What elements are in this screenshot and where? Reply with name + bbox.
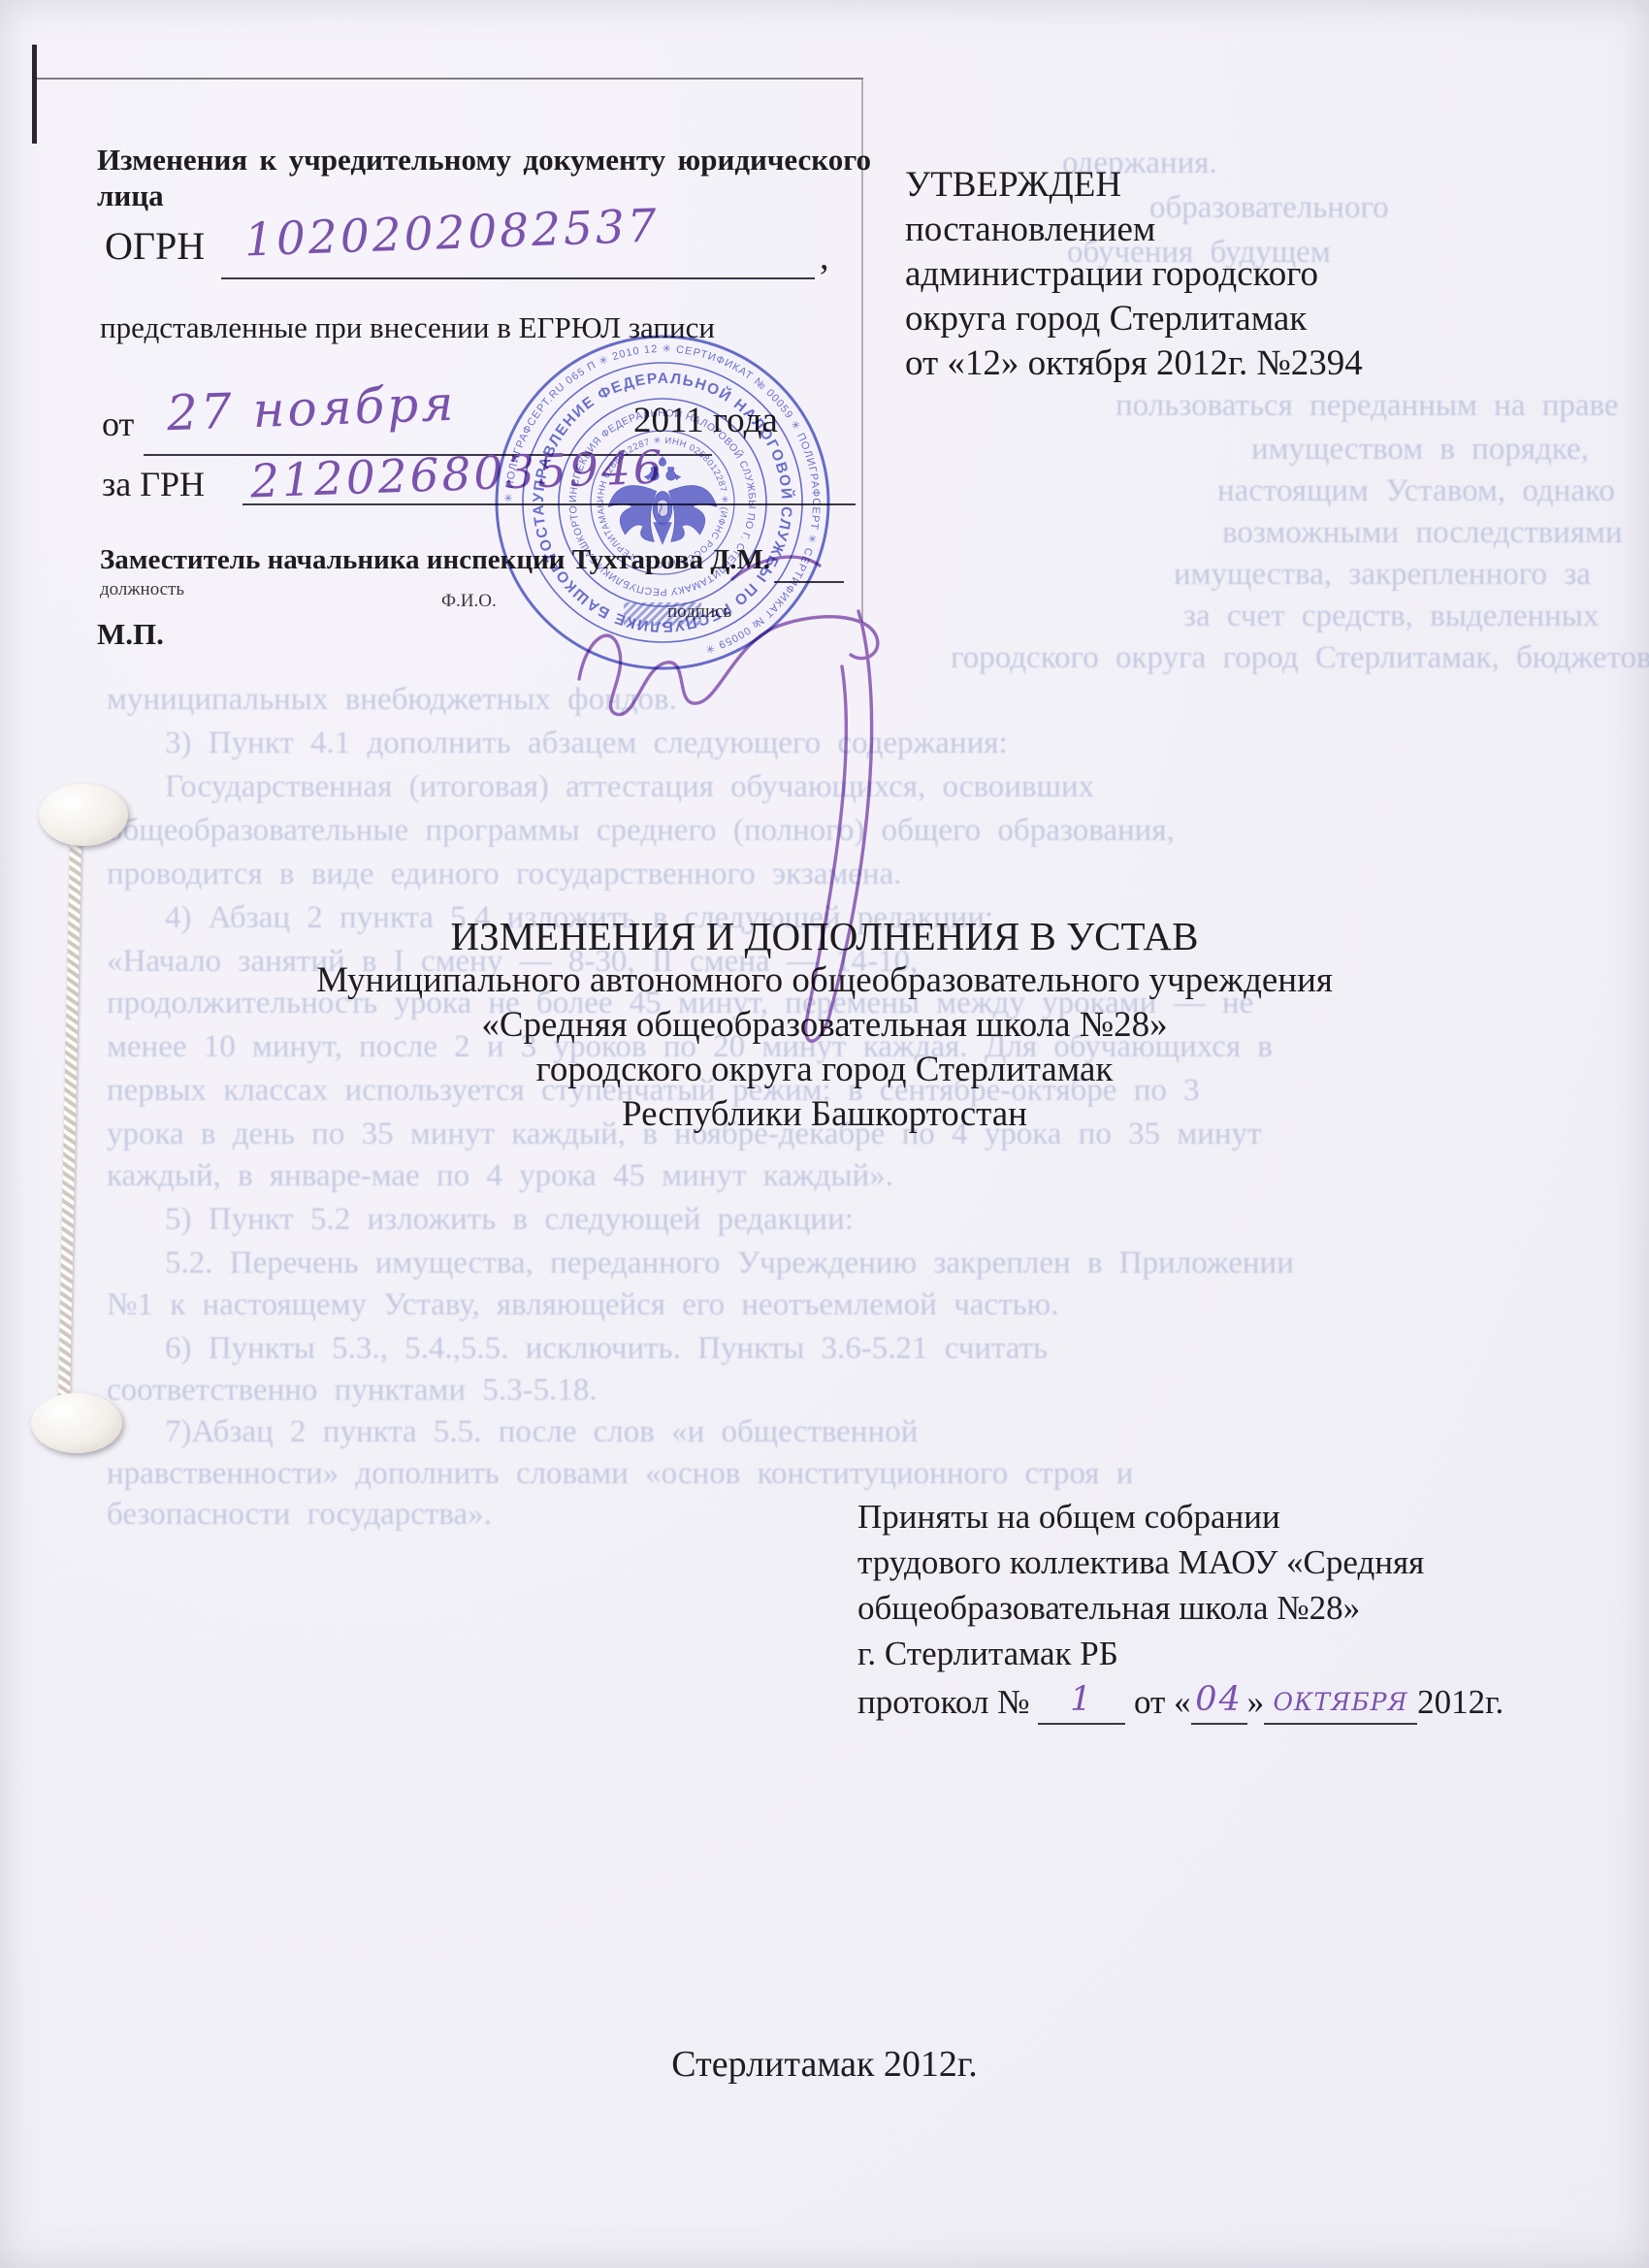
binding-knot-top	[39, 784, 128, 846]
approval-line: постановлением	[905, 208, 1487, 252]
protocol-day-field: 04	[1191, 1676, 1247, 1725]
bleedthrough-text-line: пользоваться переданным на праве	[1115, 388, 1619, 424]
approval-line: от «12» октября 2012г. №2394	[905, 341, 1487, 386]
approval-line: округа город Стерлитамак	[905, 297, 1487, 341]
ogrn-underline	[221, 277, 815, 279]
bleedthrough-text-line: настоящим Уставом, однако	[1217, 473, 1615, 509]
protocol-number-handwritten: 1	[1070, 1680, 1093, 1719]
card-top-border	[32, 78, 863, 80]
adoption-block: Приняты на общем собрании трудового колл…	[857, 1494, 1478, 1725]
title-line: Республики Башкортостан	[242, 1092, 1406, 1137]
bleedthrough-text-line: №1 к настоящему Уставу, являющейся его н…	[107, 1287, 1058, 1323]
bleedthrough-text-line: нравственности» дополнить словами «основ…	[107, 1456, 1133, 1492]
bleedthrough-text-line: городского округа город Стерлитамак, бюд…	[951, 640, 1649, 676]
adoption-line: трудового коллектива МАОУ «Средняя	[857, 1539, 1478, 1585]
adoption-line: Приняты на общем собрании	[857, 1494, 1478, 1539]
bleedthrough-text-line: за счет средств, выделенных	[1183, 599, 1599, 634]
protocol-year: 2012г.	[1417, 1683, 1503, 1721]
approval-line: администрации городского	[905, 252, 1487, 297]
bleedthrough-text-line: 5) Пункт 5.2 изложить в следующей редакц…	[165, 1202, 854, 1238]
card-heading-line1: Изменения к учредительному документу юри…	[97, 142, 871, 178]
bleedthrough-text-line: имуществом в порядке,	[1251, 432, 1589, 468]
bleedthrough-text-line: безопасности государства».	[107, 1497, 492, 1533]
adoption-line: общеобразовательная школа №28»	[857, 1585, 1478, 1631]
ogrn-label: ОГРН	[105, 223, 205, 269]
adoption-line: г. Стерлитамак РБ	[857, 1631, 1478, 1676]
seal-placeholder-mp: М.П.	[97, 617, 164, 652]
protocol-number-field: 1	[1038, 1676, 1125, 1725]
bleedthrough-text-line: 7)Абзац 2 пункта 5.5. после слов «и обще…	[165, 1414, 918, 1450]
approval-block: УТВЕРЖДЕН постановлением администрации г…	[905, 163, 1487, 386]
card-heading: Изменения к учредительному документу юри…	[97, 142, 871, 213]
bleedthrough-text-line: возможными последствиями	[1222, 515, 1623, 551]
scanned-document-page: одержания.образовательногообучения будущ…	[0, 0, 1649, 2268]
binding-knot-bottom	[31, 1393, 122, 1453]
binding-cord	[57, 817, 81, 1420]
bleedthrough-text-line: 6) Пункты 5.3., 5.4.,5.5. исключить. Пун…	[165, 1331, 1048, 1367]
protocol-label: протокол №	[857, 1683, 1029, 1721]
protocol-from-label: от «	[1134, 1683, 1191, 1721]
fio-caption: Ф.И.О.	[441, 591, 497, 612]
date-label: от	[102, 404, 134, 444]
bleedthrough-text-line: 5.2. Перечень имущества, переданного Учр…	[165, 1246, 1294, 1281]
bleedthrough-text-line: каждый, в январе-мае по 4 урока 45 минут…	[107, 1158, 893, 1194]
bleedthrough-text-line: соответственно пунктами 5.3-5.18.	[107, 1373, 598, 1409]
protocol-month-field: октября	[1264, 1676, 1417, 1725]
protocol-line: протокол № 1 от «04»октября2012г.	[857, 1676, 1478, 1725]
bleedthrough-text-line: имущества, закрепленного за	[1174, 557, 1591, 593]
official-signature	[538, 519, 955, 1082]
position-caption: должность	[100, 579, 184, 600]
grn-label: за ГРН	[102, 464, 205, 504]
protocol-month-handwritten: октября	[1274, 1680, 1408, 1719]
protocol-day-handwritten: 04	[1195, 1680, 1243, 1719]
ogrn-comma: ,	[820, 236, 829, 278]
protocol-close-quote: »	[1247, 1683, 1265, 1721]
footer-city-year: Стерлитамак 2012г.	[485, 2043, 1164, 2086]
card-left-border	[32, 45, 37, 144]
approval-line: УТВЕРЖДЕН	[905, 163, 1487, 208]
date-handwritten-value: 27 ноября	[166, 375, 457, 441]
